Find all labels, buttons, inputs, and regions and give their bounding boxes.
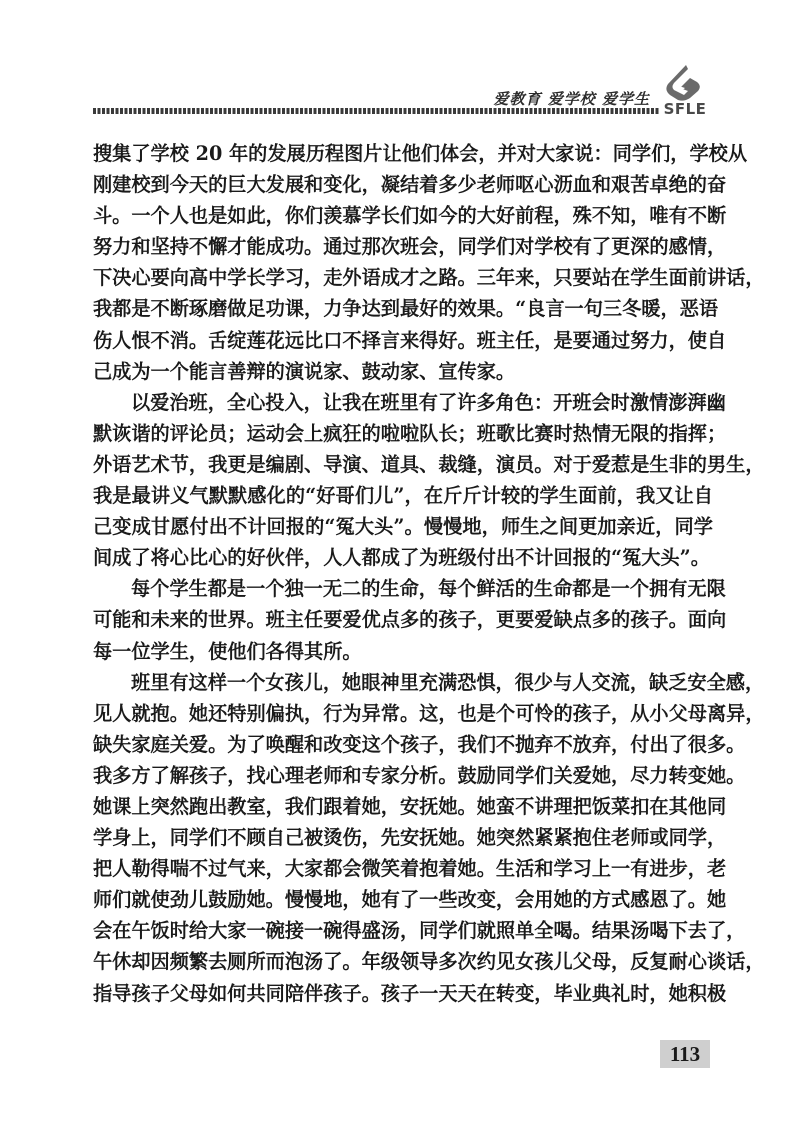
- text-line: 间成了将心比心的好伙伴，人人都成了为班级付出不计回报的“冤大头”。: [93, 542, 713, 573]
- text-line: 午休却因频繁去厕所而泡汤了。年级领导多次约见女孩儿父母，反复耐心谈话，: [93, 946, 713, 977]
- text-line: 我都是不断琢磨做足功课，力争达到最好的效果。“良言一句三冬暖，恶语: [93, 293, 713, 324]
- text-line: 搜集了学校 20 年的发展历程图片让他们体会，并对大家说：同学们，学校从: [93, 138, 713, 169]
- text-line: 学身上，同学们不顾自己被烫伤，先安抚她。她突然紧紧抱住老师或同学，: [93, 822, 713, 853]
- text-line: 班里有这样一个女孩儿，她眼神里充满恐惧，很少与人交流，缺乏安全感，: [93, 667, 713, 698]
- text-line: 我是最讲义气默默感化的“好哥们儿”，在斤斤计较的学生面前，我又让自: [93, 480, 713, 511]
- header-divider: [93, 108, 660, 114]
- text-line: 刚建校到今天的巨大发展和变化，凝结着多少老师呕心沥血和艰苦卓绝的奋: [93, 169, 713, 200]
- body-text: 搜集了学校 20 年的发展历程图片让他们体会，并对大家说：同学们，学校从刚建校到…: [93, 138, 713, 1009]
- logo-text: SFLE: [660, 100, 710, 118]
- text-line: 己成为一个能言善辩的演说家、鼓动家、宣传家。: [93, 356, 713, 387]
- text-line: 每个学生都是一个独一无二的生命，每个鲜活的生命都是一个拥有无限: [93, 573, 713, 604]
- text-line: 以爱治班，全心投入，让我在班里有了许多角色：开班会时激情澎湃幽: [93, 387, 713, 418]
- text-line: 伤人恨不消。舌绽莲花远比口不择言来得好。班主任，是要通过努力，使自: [93, 325, 713, 356]
- text-line: 下决心要向高中学长学习，走外语成才之路。三年来，只要站在学生面前讲话，: [93, 262, 713, 293]
- text-line: 师们就使劲儿鼓励她。慢慢地，她有了一些改变，会用她的方式感恩了。她: [93, 884, 713, 915]
- text-line: 见人就抱。她还特别偏执，行为异常。这，也是个可怜的孩子，从小父母离异，: [93, 698, 713, 729]
- text-line: 她课上突然跑出教室，我们跟着她，安抚她。她蛮不讲理把饭菜扣在其他同: [93, 791, 713, 822]
- text-line: 默诙谐的评论员；运动会上疯狂的啦啦队长；班歌比赛时热情无限的指挥；: [93, 418, 713, 449]
- text-line: 外语艺术节，我更是编剧、导演、道具、裁缝，演员。对于爱惹是生非的男生，: [93, 449, 713, 480]
- text-line: 斗。一个人也是如此，你们羡慕学长们如今的大好前程，殊不知，唯有不断: [93, 200, 713, 231]
- text-line: 每一位学生，使他们各得其所。: [93, 636, 713, 667]
- text-line: 指导孩子父母如何共同陪伴孩子。孩子一天天在转变，毕业典礼时，她积极: [93, 978, 713, 1009]
- text-line: 己变成甘愿付出不计回报的“冤大头”。慢慢地，师生之间更加亲近，同学: [93, 511, 713, 542]
- header-slogan: 爱教育 爱学校 爱学生: [440, 88, 650, 109]
- page-number: 113: [660, 1040, 710, 1068]
- text-line: 努力和坚持不懈才能成功。通过那次班会，同学们对学校有了更深的感情，: [93, 231, 713, 262]
- text-line: 可能和未来的世界。班主任要爱优点多的孩子，更要爱缺点多的孩子。面向: [93, 604, 713, 635]
- text-line: 缺失家庭关爱。为了唤醒和改变这个孩子，我们不抛弃不放弃，付出了很多。: [93, 729, 713, 760]
- text-line: 把人勒得喘不过气来，大家都会微笑着抱着她。生活和学习上一有进步，老: [93, 853, 713, 884]
- text-line: 我多方了解孩子，找心理老师和专家分析。鼓励同学们关爱她，尽力转变她。: [93, 760, 713, 791]
- text-line: 会在午饭时给大家一碗接一碗得盛汤，同学们就照单全喝。结果汤喝下去了，: [93, 915, 713, 946]
